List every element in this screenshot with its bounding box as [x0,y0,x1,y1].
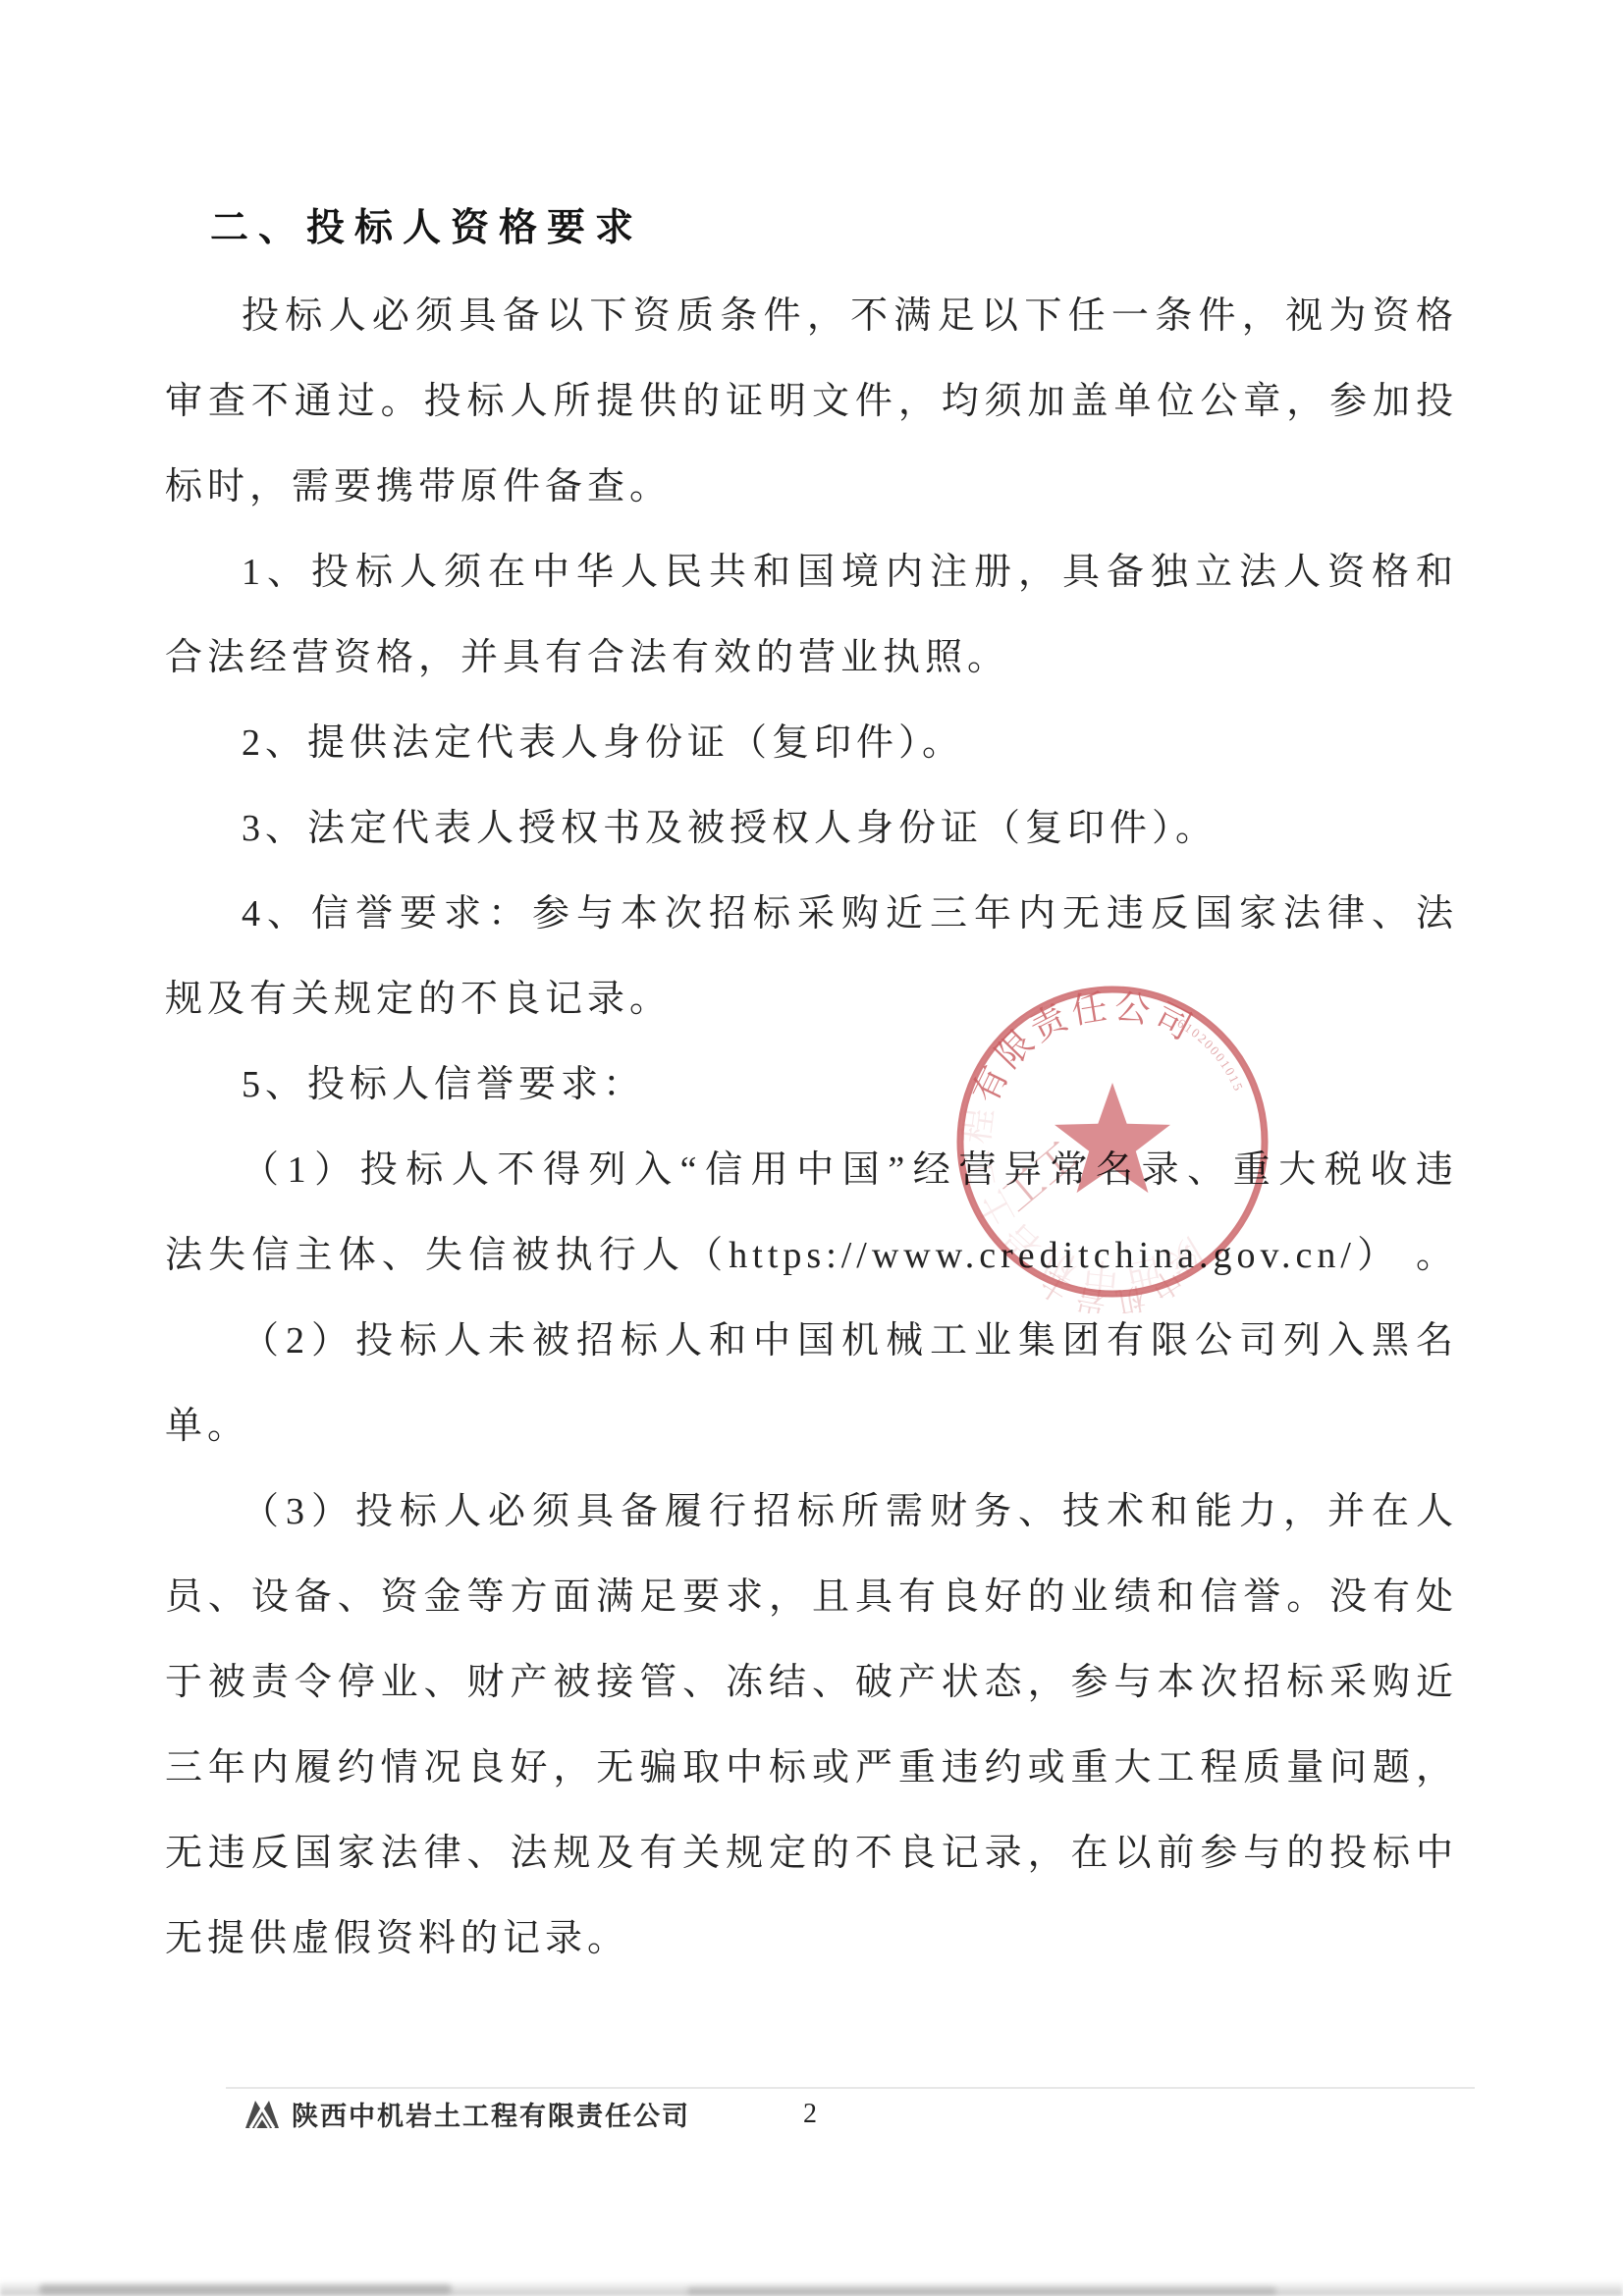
scan-artifact [39,2284,452,2294]
text-line: 无违反国家法律、法规及有关规定的不良记录，在以前参与的投标中 [165,1811,1458,1896]
text-line: 3、法定代表人授权书及被授权人身份证（复印件）。 [165,786,1458,872]
text-line: 2、提供法定代表人身份证（复印件）。 [165,701,1458,786]
text-line: 无提供虚假资料的记录。 [165,1896,1458,1982]
text-line: 5、投标人信誉要求： [165,1042,1458,1128]
text-line: （3）投标人必须具备履行招标所需财务、技术和能力，并在人 [165,1469,1458,1555]
document-body: 投标人必须具备以下资质条件，不满足以下任一条件，视为资格审查不通过。投标人所提供… [165,274,1458,1982]
text-line: 4、信誉要求：参与本次招标采购近三年内无违反国家法律、法 [165,872,1458,957]
text-line: 1、投标人须在中华人民共和国境内注册，具备独立法人资格和 [165,530,1458,615]
section-heading: 二、投标人资格要求 [210,197,643,252]
text-line: 审查不通过。投标人所提供的证明文件，均须加盖单位公章，参加投 [165,359,1458,445]
text-line: 于被责令停业、财产被接管、冻结、破产状态，参与本次招标采购近 [165,1640,1458,1726]
text-line: 三年内履约情况良好，无骗取中标或严重违约或重大工程质量问题， [165,1726,1458,1811]
text-line: 合法经营资格，并具有合法有效的营业执照。 [165,615,1458,701]
footer-company-name: 陕西中机岩土工程有限责任公司 [292,2095,690,2133]
scan-artifact [687,2287,1276,2295]
text-line: 法失信主体、失信被执行人（https://www.creditchina.gov… [165,1213,1458,1299]
text-line: 投标人必须具备以下资质条件，不满足以下任一条件，视为资格 [165,274,1458,359]
scanned-document-page: 二、投标人资格要求 投标人必须具备以下资质条件，不满足以下任一条件，视为资格审查… [0,0,1623,2296]
text-line: 单。 [165,1384,1458,1469]
company-logo-icon [243,2098,282,2131]
text-line: 规及有关规定的不良记录。 [165,957,1458,1042]
text-line: 员、设备、资金等方面满足要求，且具有良好的业绩和信誉。没有处 [165,1555,1458,1640]
text-line: （1）投标人不得列入“信用中国”经营异常名录、重大税收违 [165,1128,1458,1213]
page-number: 2 [803,2099,817,2130]
footer: 陕西中机岩土工程有限责任公司 [243,2095,690,2133]
footer-divider [226,2087,1475,2089]
text-line: （2）投标人未被招标人和中国机械工业集团有限公司列入黑名 [165,1299,1458,1384]
text-line: 标时，需要携带原件备查。 [165,445,1458,530]
